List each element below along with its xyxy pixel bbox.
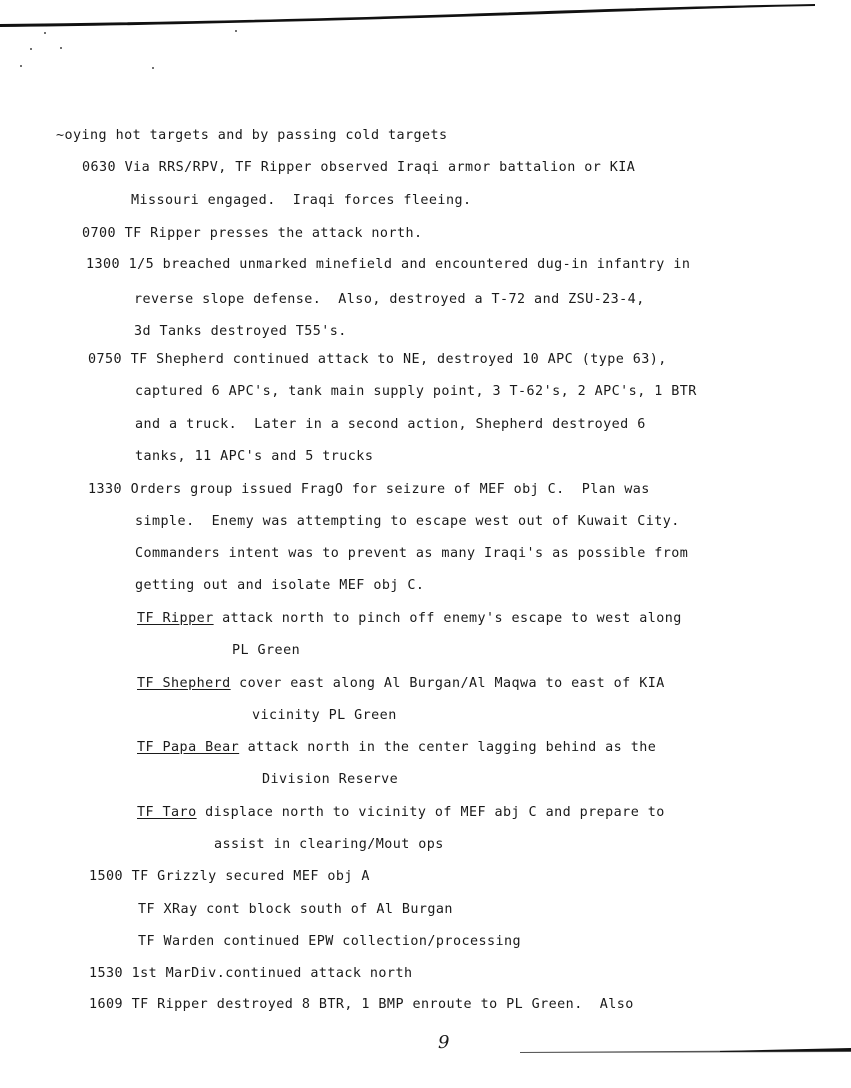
task-continuation: PL Green <box>232 643 300 659</box>
log-entry-1530: 1530 1st MarDiv.continued attack north <box>89 966 412 982</box>
log-entry-0630: 0630 Via RRS/RPV, TF Ripper observed Ira… <box>82 160 635 176</box>
text-line: reverse slope defense. Also, destroyed a… <box>134 292 645 308</box>
entry-text: TF Ripper presses the attack north. <box>125 226 423 241</box>
task-text: attack north in the center lagging behin… <box>239 740 656 755</box>
unit-name: TF Papa Bear <box>137 740 239 755</box>
task-text: displace north to vicinity of MEF abj C … <box>197 805 665 820</box>
text-line: captured 6 APC's, tank main supply point… <box>135 384 697 400</box>
text-line: 3d Tanks destroyed T55's. <box>134 324 347 340</box>
task-ripper: TF Ripper attack north to pinch off enem… <box>137 611 682 627</box>
task-taro: TF Taro displace north to vicinity of ME… <box>137 805 665 821</box>
entry-text: TF Shepherd continued attack to NE, dest… <box>131 352 667 367</box>
text-line: Missouri engaged. Iraqi forces fleeing. <box>131 193 471 209</box>
entry-text: TF Ripper destroyed 8 BTR, 1 BMP enroute… <box>132 997 634 1012</box>
scan-speck <box>20 65 22 67</box>
scan-speck <box>30 48 32 50</box>
entry-time: 1500 <box>89 869 123 884</box>
scan-speck <box>152 67 154 69</box>
unit-name: TF Taro <box>137 805 197 820</box>
text-line: TF Warden continued EPW collection/proce… <box>138 934 521 950</box>
entry-text: 1st MarDiv.continued attack north <box>132 966 413 981</box>
entry-time: 0700 <box>82 226 116 241</box>
task-continuation: vicinity PL Green <box>252 708 397 724</box>
scan-speck <box>60 47 62 49</box>
page-number: 9 <box>438 1032 449 1053</box>
text-line: and a truck. Later in a second action, S… <box>135 417 646 433</box>
entry-text: TF Grizzly secured MEF obj A <box>132 869 370 884</box>
task-continuation: assist in clearing/Mout ops <box>214 837 444 853</box>
entry-time: 1609 <box>89 997 123 1012</box>
entry-time: 1330 <box>88 482 122 497</box>
log-entry-0750: 0750 TF Shepherd continued attack to NE,… <box>88 352 667 368</box>
scan-edge-top <box>0 0 851 30</box>
task-continuation: Division Reserve <box>262 772 398 788</box>
task-shepherd: TF Shepherd cover east along Al Burgan/A… <box>137 676 665 692</box>
task-papa-bear: TF Papa Bear attack north in the center … <box>137 740 656 756</box>
task-text: attack north to pinch off enemy's escape… <box>214 611 682 626</box>
document-page: ~oying hot targets and by passing cold t… <box>0 0 851 1088</box>
task-text: cover east along Al Burgan/Al Maqwa to e… <box>231 676 665 691</box>
entry-text: Via RRS/RPV, TF Ripper observed Iraqi ar… <box>125 160 636 175</box>
text-line: simple. Enemy was attempting to escape w… <box>135 514 680 530</box>
unit-name: TF Shepherd <box>137 676 231 691</box>
scan-speck <box>235 30 237 32</box>
entry-text: Orders group issued FragO for seizure of… <box>131 482 650 497</box>
text-line: ~oying hot targets and by passing cold t… <box>56 128 448 144</box>
text-line: TF XRay cont block south of Al Burgan <box>138 902 453 918</box>
entry-time: 1300 <box>86 257 120 272</box>
log-entry-1500: 1500 TF Grizzly secured MEF obj A <box>89 869 370 885</box>
text-line: Commanders intent was to prevent as many… <box>135 546 688 562</box>
unit-name: TF Ripper <box>137 611 214 626</box>
text-line: getting out and isolate MEF obj C. <box>135 578 424 594</box>
entry-time: 0750 <box>88 352 122 367</box>
entry-time: 1530 <box>89 966 123 981</box>
entry-time: 0630 <box>82 160 116 175</box>
text-line: tanks, 11 APC's and 5 trucks <box>135 449 373 465</box>
log-entry-1330: 1330 Orders group issued FragO for seizu… <box>88 482 650 498</box>
log-entry-1300: 1300 1/5 breached unmarked minefield and… <box>86 257 690 273</box>
log-entry-1609: 1609 TF Ripper destroyed 8 BTR, 1 BMP en… <box>89 997 634 1013</box>
scan-edge-bottom <box>500 1040 851 1060</box>
scan-speck <box>44 32 46 34</box>
entry-text: 1/5 breached unmarked minefield and enco… <box>129 257 691 272</box>
log-entry-0700: 0700 TF Ripper presses the attack north. <box>82 226 423 242</box>
